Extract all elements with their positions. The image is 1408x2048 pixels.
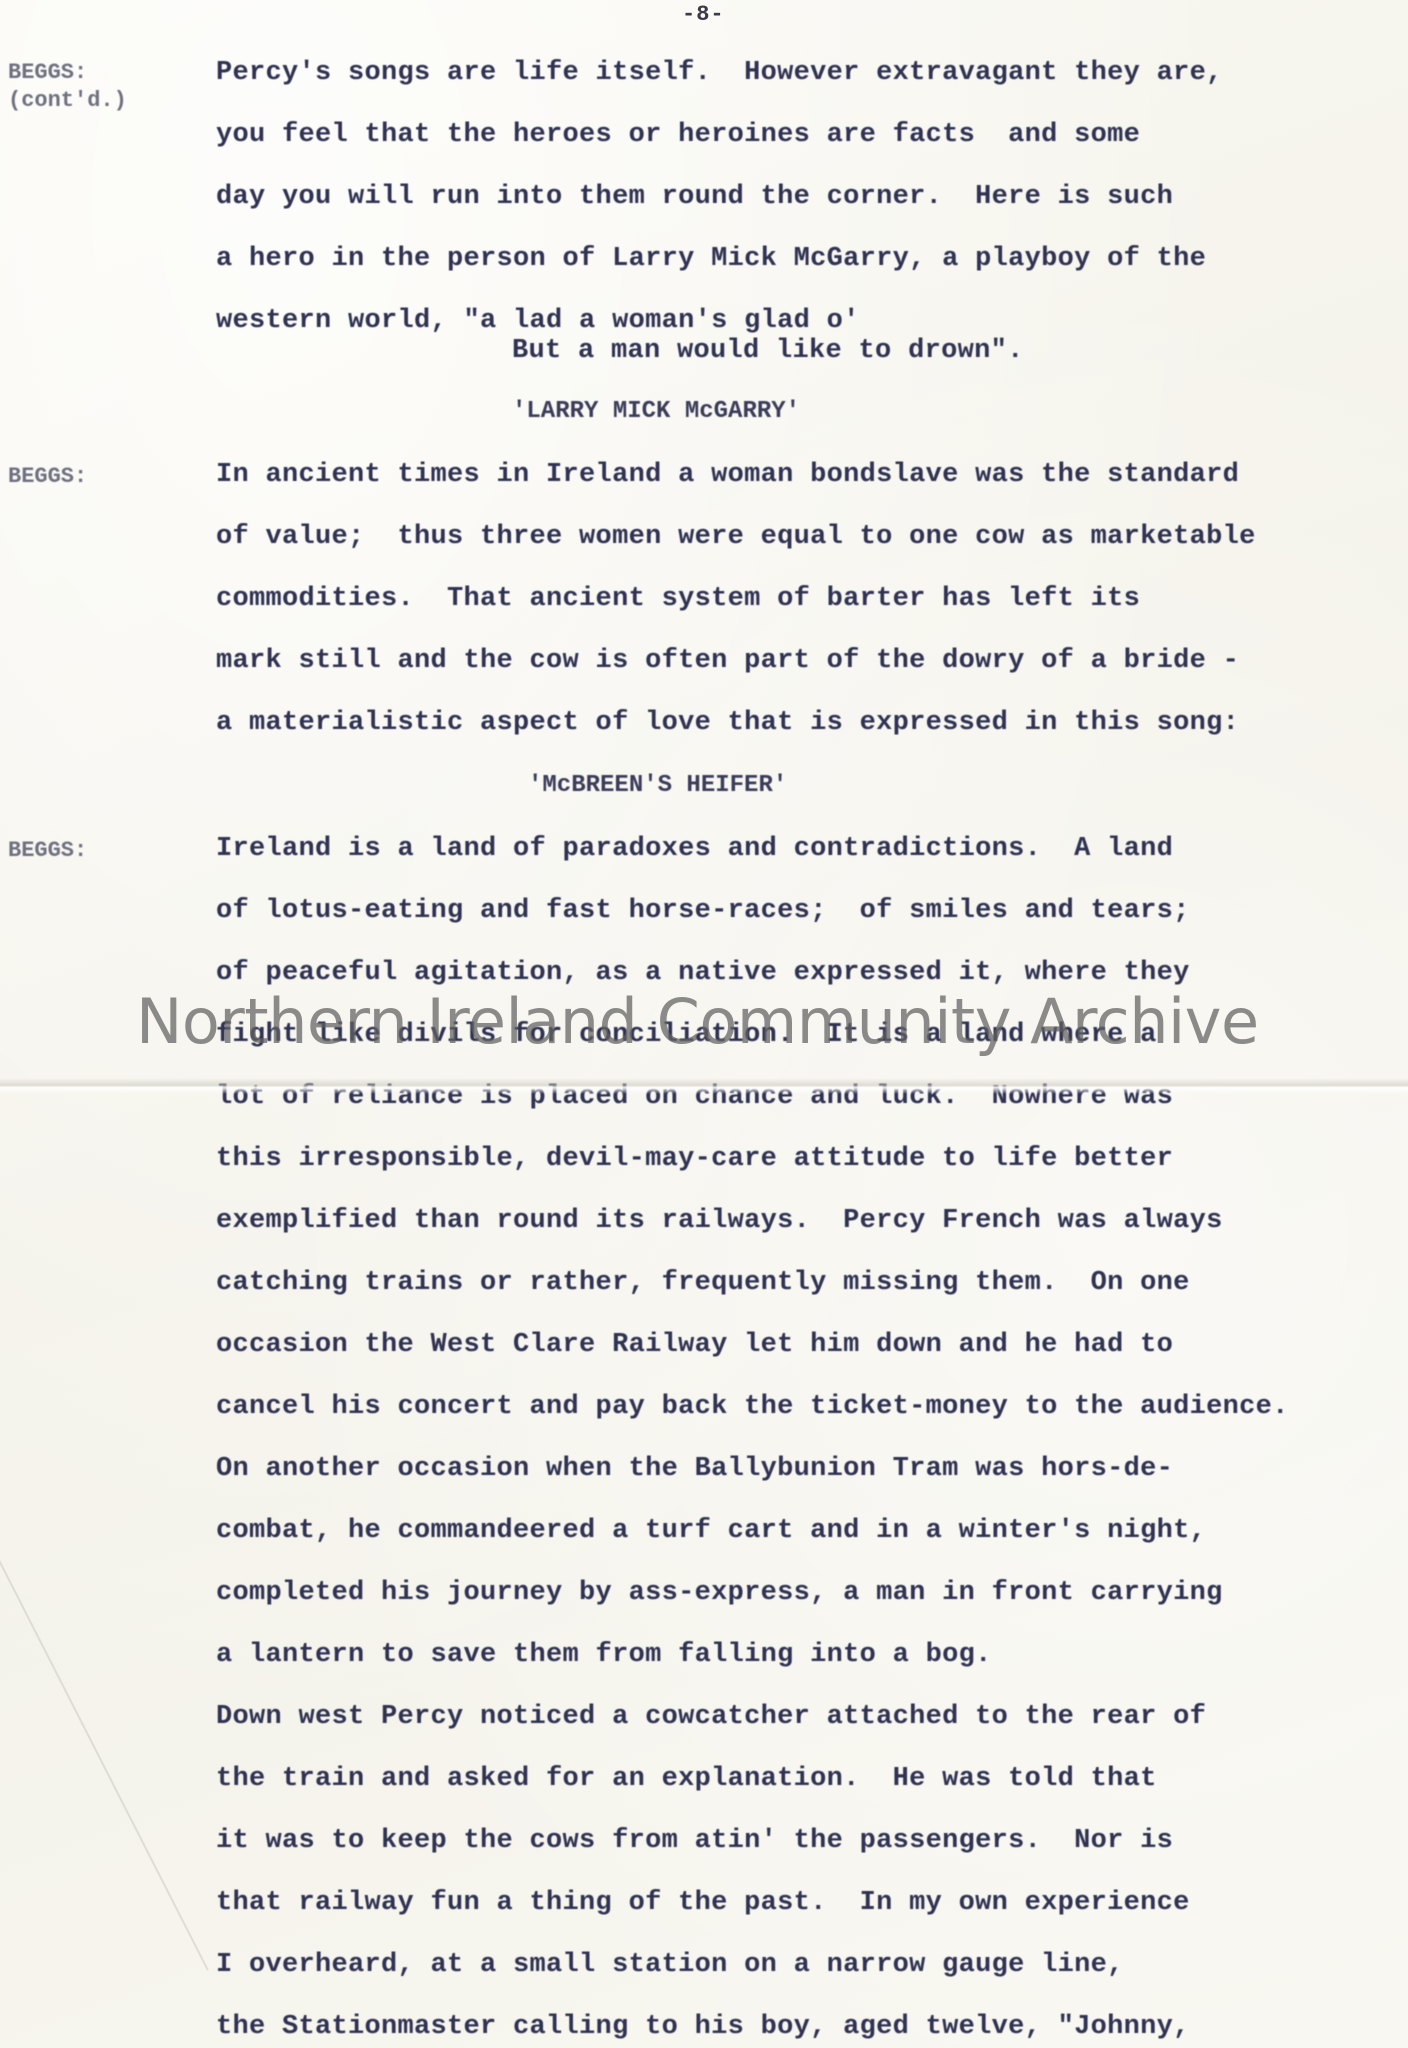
text-line: completed his journey by ass-express, a … [216, 1578, 1223, 1608]
text-line: I overheard, at a small station on a nar… [216, 1950, 1124, 1980]
page-number: -8- [682, 2, 725, 27]
speaker-label: BEGGS: [8, 462, 87, 492]
speaker-label: BEGGS: [8, 836, 87, 866]
text-line: mark still and the cow is often part of … [216, 646, 1239, 676]
text-line: In ancient times in Ireland a woman bond… [216, 460, 1239, 490]
text-line: this irresponsible, devil-may-care attit… [216, 1144, 1173, 1174]
speaker-continued-note: (cont'd.) [8, 86, 127, 116]
text-line: the Stationmaster calling to his boy, ag… [216, 2012, 1190, 2042]
paper-crease [0, 1560, 209, 1971]
text-line: of lotus-eating and fast horse-races; of… [216, 896, 1190, 926]
text-line: cancel his concert and pay back the tick… [216, 1392, 1289, 1422]
speaker-label: BEGGS: [8, 58, 87, 88]
text-line: On another occasion when the Ballybunion… [216, 1454, 1173, 1484]
archive-watermark: Northern Ireland Community Archive [136, 985, 1259, 1058]
text-line: commodities. That ancient system of bart… [216, 584, 1140, 614]
text-line: western world, "a lad a woman's glad o' [216, 306, 860, 336]
text-line: you feel that the heroes or heroines are… [216, 120, 1140, 150]
text-line: of value; thus three women were equal to… [216, 522, 1256, 552]
text-line: Ireland is a land of paradoxes and contr… [216, 834, 1173, 864]
text-line: combat, he commandeered a turf cart and … [216, 1516, 1206, 1546]
verse-line: But a man would like to drown". [512, 336, 1024, 366]
text-line: a materialistic aspect of love that is e… [216, 708, 1239, 738]
text-line: occasion the West Clare Railway let him … [216, 1330, 1173, 1360]
text-line: a hero in the person of Larry Mick McGar… [216, 244, 1206, 274]
text-line: the train and asked for an explanation. … [216, 1764, 1157, 1794]
text-line: of peaceful agitation, as a native expre… [216, 958, 1190, 988]
paper-fold [0, 1078, 1408, 1094]
text-line: Percy's songs are life itself. However e… [216, 58, 1223, 88]
song-title: 'LARRY MICK McGARRY' [512, 398, 800, 425]
text-line: exemplified than round its railways. Per… [216, 1206, 1223, 1236]
text-line: that railway fun a thing of the past. In… [216, 1888, 1190, 1918]
text-line: it was to keep the cows from atin' the p… [216, 1826, 1173, 1856]
typewritten-page: -8- BEGGS: (cont'd.) Percy's songs are l… [0, 0, 1408, 2048]
text-line: day you will run into them round the cor… [216, 182, 1173, 212]
text-line: a lantern to save them from falling into… [216, 1640, 992, 1670]
song-title: 'McBREEN'S HEIFER' [528, 772, 787, 799]
text-line: Down west Percy noticed a cowcatcher att… [216, 1702, 1206, 1732]
text-line: catching trains or rather, frequently mi… [216, 1268, 1190, 1298]
